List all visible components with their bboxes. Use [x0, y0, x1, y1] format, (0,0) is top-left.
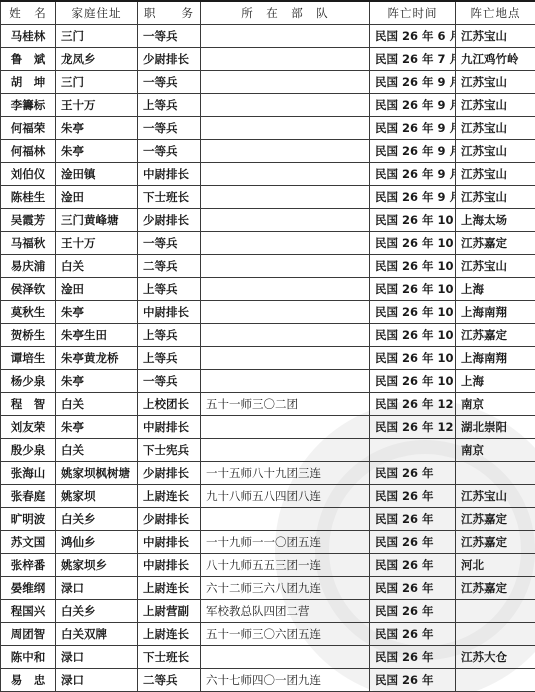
cell-address: 三门黄峰塘 — [56, 209, 138, 232]
cell-address: 三门 — [56, 71, 138, 94]
cell-date: 民国 26 年 — [370, 623, 456, 646]
table-row: 杨少泉朱亭一等兵民国 26 年 10 月上海 — [1, 370, 535, 393]
cell-date: 民国 26 年 10 月 — [370, 324, 456, 347]
cell-date: 民国 26 年 9 月 — [370, 71, 456, 94]
cell-address: 渌口 — [56, 669, 138, 692]
cell-date: 民国 26 年 12 月 — [370, 416, 456, 439]
cell-unit: 五十一师三〇六团五连 — [201, 623, 370, 646]
cell-date: 民国 26 年 6 月 — [370, 25, 456, 48]
cell-place: 江苏宝山 — [456, 71, 535, 94]
table-row: 程 智白关上校团长五十一师三〇二团民国 26 年 12 月南京 — [1, 393, 535, 416]
cell-role: 二等兵 — [138, 669, 201, 692]
cell-place: 江苏宝山 — [456, 117, 535, 140]
cell-name: 谭培生 — [1, 347, 56, 370]
cell-unit — [201, 416, 370, 439]
cell-unit — [201, 209, 370, 232]
cell-name: 马桂林 — [1, 25, 56, 48]
cell-address: 白关双牌 — [56, 623, 138, 646]
cell-role: 中尉排长 — [138, 554, 201, 577]
cell-name: 吴霞芳 — [1, 209, 56, 232]
table-row: 殷少泉白关下士宪兵南京 — [1, 439, 535, 462]
cell-role: 一等兵 — [138, 232, 201, 255]
cell-date: 民国 26 年 10 月 — [370, 301, 456, 324]
cell-place: 湖北崇阳 — [456, 416, 535, 439]
cell-role: 二等兵 — [138, 255, 201, 278]
cell-name: 李籌标 — [1, 94, 56, 117]
cell-name: 侯泽钦 — [1, 278, 56, 301]
cell-place: 上海太场 — [456, 209, 535, 232]
cell-unit — [201, 508, 370, 531]
cell-address: 朱亭 — [56, 140, 138, 163]
cell-unit — [201, 646, 370, 669]
cell-address: 朱亭生田 — [56, 324, 138, 347]
table-row: 程国兴白关乡上尉营副军校教总队四团二营民国 26 年 — [1, 600, 535, 623]
header-row: 姓 名 家庭住址 职 务 所 在 部 队 阵亡时间 阵亡地点 — [1, 1, 535, 25]
cell-address: 龙凤乡 — [56, 48, 138, 71]
cell-place — [456, 462, 535, 485]
cell-role: 中尉排长 — [138, 416, 201, 439]
cell-place: 上海南翔 — [456, 301, 535, 324]
cell-address: 渌口 — [56, 577, 138, 600]
cell-unit — [201, 140, 370, 163]
table-row: 莫秋生朱亭中尉排长民国 26 年 10 月上海南翔 — [1, 301, 535, 324]
table-row: 刘伯仪淦田镇中尉排长民国 26 年 9 月江苏宝山 — [1, 163, 535, 186]
cell-name: 胡 坤 — [1, 71, 56, 94]
table-row: 易 忠渌口二等兵六十七师四〇一团九连民国 26 年 — [1, 669, 535, 692]
cell-date: 民国 26 年 9 月 — [370, 94, 456, 117]
cell-name: 晏维纲 — [1, 577, 56, 600]
cell-role: 上等兵 — [138, 278, 201, 301]
table-row: 刘友荣朱亭中尉排长民国 26 年 12 月湖北崇阳 — [1, 416, 535, 439]
cell-address: 朱亭黄龙桥 — [56, 347, 138, 370]
cell-unit — [201, 347, 370, 370]
cell-unit — [201, 324, 370, 347]
cell-name: 旷明波 — [1, 508, 56, 531]
cell-place: 江苏嘉定 — [456, 577, 535, 600]
cell-role: 一等兵 — [138, 71, 201, 94]
cell-name: 贺桥生 — [1, 324, 56, 347]
cell-date: 民国 26 年 — [370, 646, 456, 669]
cell-address: 淦田 — [56, 278, 138, 301]
cell-unit: 八十九师五五三团一连 — [201, 554, 370, 577]
cell-place: 江苏宝山 — [456, 140, 535, 163]
cell-unit: 六十七师四〇一团九连 — [201, 669, 370, 692]
cell-place: 江苏宝山 — [456, 25, 535, 48]
header-address: 家庭住址 — [56, 1, 138, 25]
cell-place: 江苏宝山 — [456, 94, 535, 117]
header-unit: 所 在 部 队 — [201, 1, 370, 25]
cell-unit — [201, 163, 370, 186]
cell-address: 白关乡 — [56, 508, 138, 531]
cell-address: 姚家坝 — [56, 485, 138, 508]
cell-unit — [201, 370, 370, 393]
cell-address: 朱亭 — [56, 301, 138, 324]
cell-unit — [201, 71, 370, 94]
cell-place: 上海 — [456, 370, 535, 393]
table-row: 何福林朱亭一等兵民国 26 年 9 月江苏宝山 — [1, 140, 535, 163]
cell-date: 民国 26 年 — [370, 485, 456, 508]
cell-unit — [201, 232, 370, 255]
cell-unit: 九十八师五八四团八连 — [201, 485, 370, 508]
cell-place: 江苏宝山 — [456, 255, 535, 278]
table-row: 李籌标王十万上等兵民国 26 年 9 月江苏宝山 — [1, 94, 535, 117]
cell-address: 白关 — [56, 439, 138, 462]
cell-date: 民国 26 年 10 月 — [370, 278, 456, 301]
cell-name: 张春庭 — [1, 485, 56, 508]
cell-role: 上尉连长 — [138, 623, 201, 646]
cell-place — [456, 669, 535, 692]
cell-address: 淦田 — [56, 186, 138, 209]
cell-place: 九江鸡竹岭 — [456, 48, 535, 71]
cell-role: 下士宪兵 — [138, 439, 201, 462]
cell-address: 渌口 — [56, 646, 138, 669]
cell-role: 中尉排长 — [138, 301, 201, 324]
cell-place: 南京 — [456, 439, 535, 462]
cell-place: 江苏宝山 — [456, 163, 535, 186]
cell-date: 民国 26 年 — [370, 669, 456, 692]
cell-name: 刘友荣 — [1, 416, 56, 439]
cell-role: 上校团长 — [138, 393, 201, 416]
cell-unit — [201, 278, 370, 301]
table-row: 贺桥生朱亭生田上等兵民国 26 年 10 月江苏嘉定 — [1, 324, 535, 347]
cell-date: 民国 26 年 9 月 — [370, 117, 456, 140]
cell-unit: 六十二师三六八团九连 — [201, 577, 370, 600]
cell-name: 陈中和 — [1, 646, 56, 669]
cell-name: 苏文国 — [1, 531, 56, 554]
cell-name: 何福林 — [1, 140, 56, 163]
table-row: 鲁 斌龙凤乡少尉排长民国 26 年 7 月九江鸡竹岭 — [1, 48, 535, 71]
cell-place: 河北 — [456, 554, 535, 577]
cell-date: 民国 26 年 10 月 — [370, 209, 456, 232]
cell-unit — [201, 255, 370, 278]
cell-role: 一等兵 — [138, 117, 201, 140]
table-row: 旷明波白关乡少尉排长民国 26 年江苏嘉定 — [1, 508, 535, 531]
cell-place — [456, 623, 535, 646]
cell-role: 中尉排长 — [138, 163, 201, 186]
cell-role: 上尉连长 — [138, 485, 201, 508]
cell-name: 殷少泉 — [1, 439, 56, 462]
table-row: 苏文国鸿仙乡中尉排长一十九师一一〇团五连民国 26 年江苏嘉定 — [1, 531, 535, 554]
cell-name: 张海山 — [1, 462, 56, 485]
cell-name: 杨少泉 — [1, 370, 56, 393]
cell-date: 民国 26 年 — [370, 531, 456, 554]
table-row: 吴霞芳三门黄峰塘少尉排长民国 26 年 10 月上海太场 — [1, 209, 535, 232]
cell-role: 一等兵 — [138, 25, 201, 48]
table-row: 张海山姚家坝枫树塘少尉排长一十五师八十九团三连民国 26 年 — [1, 462, 535, 485]
cell-place: 江苏嘉定 — [456, 232, 535, 255]
cell-role: 上等兵 — [138, 347, 201, 370]
cell-date: 民国 26 年 9 月 — [370, 186, 456, 209]
cell-date: 民国 26 年 — [370, 577, 456, 600]
cell-address: 淦田镇 — [56, 163, 138, 186]
cell-role: 上等兵 — [138, 94, 201, 117]
cell-role: 少尉排长 — [138, 462, 201, 485]
cell-unit — [201, 186, 370, 209]
cell-name: 易庆浦 — [1, 255, 56, 278]
table-body: 马桂林三门一等兵民国 26 年 6 月江苏宝山鲁 斌龙凤乡少尉排长民国 26 年… — [1, 25, 535, 692]
cell-role: 下士班长 — [138, 186, 201, 209]
cell-role: 少尉排长 — [138, 209, 201, 232]
cell-unit — [201, 439, 370, 462]
cell-role: 上等兵 — [138, 324, 201, 347]
cell-date — [370, 439, 456, 462]
cell-date: 民国 26 年 12 月 — [370, 393, 456, 416]
cell-name: 莫秋生 — [1, 301, 56, 324]
cell-date: 民国 26 年 — [370, 508, 456, 531]
cell-unit — [201, 301, 370, 324]
cell-role: 中尉排长 — [138, 531, 201, 554]
table-row: 胡 坤三门一等兵民国 26 年 9 月江苏宝山 — [1, 71, 535, 94]
table-row: 谭培生朱亭黄龙桥上等兵民国 26 年 10 月上海南翔 — [1, 347, 535, 370]
table-row: 张春庭姚家坝上尉连长九十八师五八四团八连民国 26 年江苏宝山 — [1, 485, 535, 508]
cell-date: 民国 26 年 9 月 — [370, 140, 456, 163]
cell-name: 易 忠 — [1, 669, 56, 692]
cell-place: 江苏嘉定 — [456, 531, 535, 554]
cell-date: 民国 26 年 — [370, 462, 456, 485]
cell-place: 江苏嘉定 — [456, 324, 535, 347]
cell-address: 姚家坝枫树塘 — [56, 462, 138, 485]
cell-unit: 一十五师八十九团三连 — [201, 462, 370, 485]
cell-address: 姚家坝乡 — [56, 554, 138, 577]
header-role: 职 务 — [138, 1, 201, 25]
casualty-roster-table: 姓 名 家庭住址 职 务 所 在 部 队 阵亡时间 阵亡地点 马桂林三门一等兵民… — [0, 0, 535, 692]
cell-date: 民国 26 年 7 月 — [370, 48, 456, 71]
cell-role: 下士班长 — [138, 646, 201, 669]
cell-unit — [201, 25, 370, 48]
header-name: 姓 名 — [1, 1, 56, 25]
cell-date: 民国 26 年 10 月 — [370, 347, 456, 370]
cell-address: 王十万 — [56, 232, 138, 255]
table-row: 何福荣朱亭一等兵民国 26 年 9 月江苏宝山 — [1, 117, 535, 140]
cell-address: 鸿仙乡 — [56, 531, 138, 554]
table-row: 马桂林三门一等兵民国 26 年 6 月江苏宝山 — [1, 25, 535, 48]
cell-unit: 五十一师三〇二团 — [201, 393, 370, 416]
cell-name: 程国兴 — [1, 600, 56, 623]
cell-date: 民国 26 年 — [370, 554, 456, 577]
cell-place: 江苏大仓 — [456, 646, 535, 669]
cell-name: 何福荣 — [1, 117, 56, 140]
cell-address: 朱亭 — [56, 416, 138, 439]
table-row: 周团智白关双牌上尉连长五十一师三〇六团五连民国 26 年 — [1, 623, 535, 646]
header-date: 阵亡时间 — [370, 1, 456, 25]
cell-date: 民国 26 年 — [370, 600, 456, 623]
cell-date: 民国 26 年 10 月 — [370, 232, 456, 255]
cell-address: 白关乡 — [56, 600, 138, 623]
cell-place: 上海南翔 — [456, 347, 535, 370]
cell-address: 白关 — [56, 255, 138, 278]
cell-place: 南京 — [456, 393, 535, 416]
cell-unit: 军校教总队四团二营 — [201, 600, 370, 623]
table-row: 陈中和渌口下士班长民国 26 年江苏大仓 — [1, 646, 535, 669]
table-row: 马福秋王十万一等兵民国 26 年 10 月江苏嘉定 — [1, 232, 535, 255]
cell-role: 上尉连长 — [138, 577, 201, 600]
cell-date: 民国 26 年 10 月 — [370, 255, 456, 278]
table-row: 张梓番姚家坝乡中尉排长八十九师五五三团一连民国 26 年河北 — [1, 554, 535, 577]
cell-unit — [201, 94, 370, 117]
cell-address: 白关 — [56, 393, 138, 416]
cell-name: 鲁 斌 — [1, 48, 56, 71]
table-row: 易庆浦白关二等兵民国 26 年 10 月江苏宝山 — [1, 255, 535, 278]
cell-name: 陈桂生 — [1, 186, 56, 209]
header-place: 阵亡地点 — [456, 1, 535, 25]
cell-unit — [201, 117, 370, 140]
cell-address: 三门 — [56, 25, 138, 48]
cell-name: 刘伯仪 — [1, 163, 56, 186]
cell-unit — [201, 48, 370, 71]
cell-name: 周团智 — [1, 623, 56, 646]
cell-address: 王十万 — [56, 94, 138, 117]
cell-unit: 一十九师一一〇团五连 — [201, 531, 370, 554]
cell-role: 一等兵 — [138, 370, 201, 393]
cell-name: 程 智 — [1, 393, 56, 416]
cell-place — [456, 600, 535, 623]
cell-role: 一等兵 — [138, 140, 201, 163]
cell-place: 上海 — [456, 278, 535, 301]
table-row: 晏维纲渌口上尉连长六十二师三六八团九连民国 26 年江苏嘉定 — [1, 577, 535, 600]
cell-address: 朱亭 — [56, 370, 138, 393]
cell-place: 江苏嘉定 — [456, 508, 535, 531]
cell-name: 张梓番 — [1, 554, 56, 577]
cell-role: 上尉营副 — [138, 600, 201, 623]
cell-role: 少尉排长 — [138, 508, 201, 531]
cell-date: 民国 26 年 10 月 — [370, 370, 456, 393]
cell-place: 江苏宝山 — [456, 186, 535, 209]
table-row: 侯泽钦淦田上等兵民国 26 年 10 月上海 — [1, 278, 535, 301]
table-row: 陈桂生淦田下士班长民国 26 年 9 月江苏宝山 — [1, 186, 535, 209]
cell-role: 少尉排长 — [138, 48, 201, 71]
cell-address: 朱亭 — [56, 117, 138, 140]
cell-name: 马福秋 — [1, 232, 56, 255]
cell-date: 民国 26 年 9 月 — [370, 163, 456, 186]
cell-place: 江苏宝山 — [456, 485, 535, 508]
